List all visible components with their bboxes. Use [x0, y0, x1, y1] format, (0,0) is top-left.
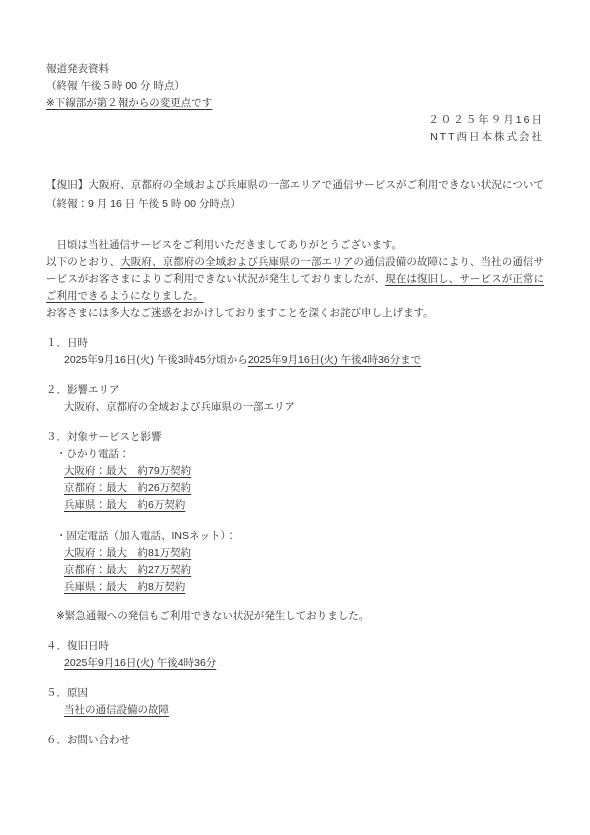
revision-note: ※下線部が第２報からの変更点です	[46, 95, 544, 112]
kotei-denwa-label: ・固定電話（加入電話、INSネット）：	[56, 528, 544, 545]
recovery-datetime-text: 2025年9月16日(火) 午後4時36分	[64, 655, 544, 672]
outage-description: 以下のとおり、大阪府、京都府の全域および兵庫県の一部エリアの通信設備の故障により…	[46, 254, 544, 305]
outage-start: 2025年9月16日(火) 午後3時45分頃から	[64, 354, 248, 366]
outage-seg-1: 以下のとおり、	[46, 256, 120, 268]
kotei-row-kyoto: 京都府：最大 約27万契約	[64, 562, 544, 579]
hikari-impact-rows: 大阪府：最大 約79万契約 京都府：最大 約26万契約 兵庫県：最大 約6万契約	[64, 463, 544, 514]
press-release-page: 報道発表資料 （終報 午後５時 00 分 時点） ※下線部が第２報からの変更点で…	[0, 0, 590, 835]
kotei-row-osaka: 大阪府：最大 約81万契約	[64, 545, 544, 562]
outage-end-underlined: 2025年9月16日(火) 午後4時36分まで	[248, 354, 421, 366]
section-1-heading: １．日時	[46, 335, 544, 352]
doc-header: 報道発表資料 （終報 午後５時 00 分 時点） ※下線部が第２報からの変更点で…	[46, 61, 544, 146]
outage-period: 2025年9月16日(火) 午後3時45分頃から2025年9月16日(火) 午後…	[64, 352, 544, 369]
lead-paragraphs: 日頃は当社通信サービスをご利用いただきましてありがとうございます。 以下のとおり…	[46, 237, 544, 322]
section-5-heading: ５．原因	[46, 685, 544, 702]
hikari-row-osaka: 大阪府：最大 約79万契約	[64, 463, 544, 480]
report-time: （終報 午後５時 00 分 時点）	[46, 78, 544, 95]
hikari-row-kyoto: 京都府：最大 約26万契約	[64, 480, 544, 497]
emergency-call-note: ※緊急通報への発信もご利用できない状況が発生しておりました。	[56, 608, 544, 625]
kotei-impact-rows: 大阪府：最大 約81万契約 京都府：最大 約27万契約 兵庫県：最大 約8万契約	[64, 545, 544, 596]
outage-seg-2-underlined: 大阪府、京都府の全域および兵庫県の一部エリア	[120, 256, 353, 268]
apology-text: お客さまには多大なご迷惑をおかけしておりますことを深くお詫び申し上げます。	[46, 305, 544, 322]
doc-type-label: 報道発表資料	[46, 61, 544, 78]
hikari-row-hyogo: 兵庫県：最大 約6万契約	[64, 497, 544, 514]
section-affected-area: ２．影響エリア 大阪府、京都府の全域および兵庫県の一部エリア	[46, 382, 544, 416]
company-name: NTT西日本株式会社	[46, 129, 544, 146]
affected-area-text: 大阪府、京都府の全域および兵庫県の一部エリア	[64, 399, 544, 416]
section-cause: ５．原因 当社の通信設備の故障	[46, 685, 544, 719]
recovery-datetime-underlined: 2025年9月16日(火) 午後4時36分	[64, 657, 216, 669]
kotei-row-hyogo: 兵庫県：最大 約8万契約	[64, 579, 544, 596]
section-2-heading: ２．影響エリア	[46, 382, 544, 399]
hikari-denwa-label: ・ひかり電話：	[56, 446, 544, 463]
section-3-heading: ３．対象サービスと影響	[46, 429, 544, 446]
section-4-heading: ４．復旧日時	[46, 638, 544, 655]
press-release-title: 【復旧】大阪府、京都府の全域および兵庫県の一部エリアで通信サービスがご利用できな…	[46, 176, 544, 213]
cause-text: 当社の通信設備の故障	[64, 702, 544, 719]
release-date: ２０２５年９月16日	[46, 112, 544, 129]
section-services-impact: ３．対象サービスと影響 ・ひかり電話： 大阪府：最大 約79万契約 京都府：最大…	[46, 429, 544, 625]
section-6-heading: ６．お問い合わせ	[46, 732, 544, 749]
section-recovery-datetime: ４．復旧日時 2025年9月16日(火) 午後4時36分	[46, 638, 544, 672]
section-datetime: １．日時 2025年9月16日(火) 午後3時45分頃から2025年9月16日(…	[46, 335, 544, 369]
cause-underlined: 当社の通信設備の故障	[64, 704, 169, 716]
greeting-text: 日頃は当社通信サービスをご利用いただきましてありがとうございます。	[46, 237, 544, 254]
section-contact: ６．お問い合わせ	[46, 732, 544, 749]
